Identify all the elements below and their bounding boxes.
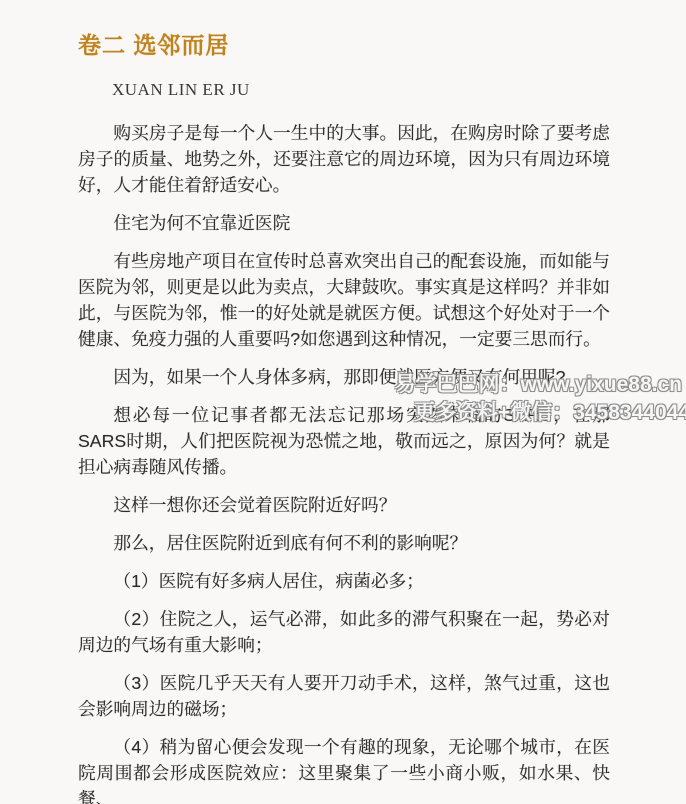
body-paragraph: （3）医院几乎天天有人要开刀动手术，这样，煞气过重，这也会影响周边的磁场； <box>78 670 610 722</box>
body-paragraph: （4）稍为留心便会发现一个有趣的现象，无论哪个城市，在医院周围都会形成医院效应：… <box>78 734 610 804</box>
section-subheading: 住宅为何不宜靠近医院 <box>78 210 610 236</box>
body-paragraph: 购买房子是每一个人一生中的大事。因此，在购房时除了要考虑房子的质量、地势之外，还… <box>78 120 610 198</box>
body-paragraph: （1）医院有好多病人居住，病菌必多； <box>78 568 610 594</box>
body-paragraph: 有些房地产项目在宣传时总喜欢突出自己的配套设施，而如能与医院为邻，则更是以此为卖… <box>78 248 610 352</box>
pinyin-subtitle: XUAN LIN ER JU <box>78 81 610 99</box>
document-page: 卷二 选邻而居 XUAN LIN ER JU 购买房子是每一个人一生中的大事。因… <box>0 0 686 804</box>
article-body: 购买房子是每一个人一生中的大事。因此，在购房时除了要考虑房子的质量、地势之外，还… <box>78 120 610 804</box>
body-paragraph: （2）住院之人，运气必滞，如此多的滞气积聚在一起，势必对周边的气场有重大影响； <box>78 606 610 658</box>
body-paragraph: 这样一想你还会觉着医院附近好吗？ <box>78 492 610 518</box>
chapter-title: 卷二 选邻而居 <box>78 33 610 57</box>
body-paragraph: 想必每一位记事者都无法忘记那场突然来临的SARS，在那SARS时期，人们把医院视… <box>78 402 610 480</box>
body-paragraph: 因为，如果一个人身体多病，那即便就医方便又有何用呢? <box>78 364 610 390</box>
body-paragraph: 那么，居住医院附近到底有何不利的影响呢？ <box>78 530 610 556</box>
